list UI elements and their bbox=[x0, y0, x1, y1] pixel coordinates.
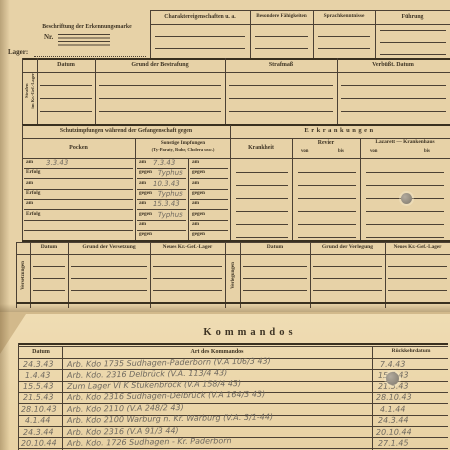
scan-edge-shadow bbox=[0, 0, 10, 450]
rule-line bbox=[99, 98, 221, 99]
rule-line bbox=[341, 111, 446, 112]
rule-line bbox=[188, 158, 189, 240]
rule-line bbox=[22, 125, 23, 240]
rule-line bbox=[153, 266, 222, 267]
traits-col-conduct: Führung bbox=[377, 14, 448, 20]
impf-r4-c2-label: gegen bbox=[139, 191, 152, 197]
rule-line bbox=[341, 98, 446, 99]
rule-line bbox=[71, 290, 147, 291]
strafen-col-verbuesst: Verbüßt. Datum bbox=[339, 62, 447, 68]
rule-line bbox=[40, 111, 92, 112]
strafen-col-strafmass: Strafmaß bbox=[227, 62, 335, 68]
rule-line bbox=[230, 125, 231, 240]
impf-r6-c1-label: Erfolg bbox=[26, 212, 40, 218]
rule-line bbox=[388, 278, 447, 279]
impf-r4-c1-label: Erfolg bbox=[26, 191, 40, 197]
impfungen-col-pocken: Pocken bbox=[24, 145, 133, 151]
rule-line bbox=[24, 189, 133, 190]
rule-line bbox=[337, 58, 338, 124]
rule-line bbox=[313, 278, 382, 279]
kdo-r5-datum: 28.10.43 bbox=[21, 405, 57, 414]
rule-line bbox=[372, 346, 373, 450]
revier-von-label: von bbox=[301, 149, 308, 154]
traits-col-languages: Sprachkenntnisse bbox=[315, 14, 373, 20]
rule-line bbox=[229, 98, 333, 99]
rule-line bbox=[22, 72, 450, 73]
impf-r2-c2-label: gegen bbox=[139, 170, 152, 176]
rule-line bbox=[225, 58, 226, 124]
impf-r5-c1-label: am bbox=[26, 201, 33, 207]
punch-hole-lower bbox=[386, 372, 399, 385]
rule-line bbox=[298, 185, 356, 186]
rule-line bbox=[236, 237, 288, 238]
rule-line bbox=[298, 172, 356, 173]
rule-line bbox=[37, 58, 38, 124]
rule-line bbox=[298, 211, 356, 212]
rule-line bbox=[155, 48, 245, 49]
rule-line bbox=[150, 242, 151, 308]
impfungen-col-sonstige-line1: Sonstige Impfungen bbox=[137, 141, 229, 146]
rule-line bbox=[380, 30, 446, 31]
impf-r2-c3-label: gegen bbox=[192, 170, 205, 176]
rule-line bbox=[236, 198, 288, 199]
impf-r8-c2-label: gegen bbox=[139, 232, 152, 238]
erkrankungen-col-lazarett: Lazarett — Krankenhaus bbox=[362, 140, 448, 146]
verlegungen-col-datum: Datum bbox=[242, 245, 308, 251]
rule-line bbox=[360, 138, 361, 240]
rule-line bbox=[229, 111, 333, 112]
rule-line bbox=[292, 138, 293, 240]
impf-r2-c2-value: Typhus bbox=[158, 170, 183, 177]
impf-r1-c2-label: am bbox=[139, 160, 146, 166]
rule-line bbox=[243, 278, 307, 279]
impf-r1-c1-value: 3.3.43 bbox=[46, 160, 68, 167]
id-number-ruled-lines bbox=[58, 34, 110, 46]
rule-line bbox=[310, 242, 311, 308]
rule-line bbox=[18, 346, 448, 347]
strafen-side-label-line2: im Kr.-Gef.-Lager bbox=[30, 73, 36, 109]
rule-line bbox=[243, 290, 307, 291]
lazarett-von-label: von bbox=[370, 149, 377, 154]
impf-r6-c2-label: gegen bbox=[139, 212, 152, 218]
rule-line bbox=[366, 172, 444, 173]
rule-line bbox=[40, 98, 92, 99]
impf-r1-c3-label: am bbox=[192, 160, 199, 166]
rule-line bbox=[298, 198, 356, 199]
rule-line bbox=[380, 54, 446, 55]
rule-line bbox=[388, 266, 447, 267]
impf-r4-c2-value: Typhus bbox=[158, 191, 183, 198]
rule-line bbox=[22, 124, 450, 126]
rule-line bbox=[255, 36, 308, 37]
rule-line bbox=[150, 10, 450, 11]
rule-line bbox=[190, 178, 228, 179]
id-number-label: Nr. bbox=[44, 34, 53, 41]
rule-line bbox=[375, 10, 376, 58]
erkrankungen-col-krankheit: Krankheit bbox=[232, 145, 290, 151]
impf-r6-c2-value: Typhus bbox=[158, 212, 183, 219]
kommandos-col-art: Art des Kommandos bbox=[64, 349, 370, 355]
rule-line bbox=[229, 85, 333, 86]
kdo-r8-datum: 20.10.44 bbox=[21, 439, 57, 448]
kdo-r7-datum: 24.3.44 bbox=[23, 428, 54, 437]
impf-r2-c1-label: Erfolg bbox=[26, 170, 40, 176]
kdo-r5-rueckkehr: 4.1.44 bbox=[380, 406, 406, 414]
impf-r1-c1-label: am bbox=[26, 160, 33, 166]
impf-r3-c2-value: 10.3.43 bbox=[153, 181, 180, 188]
traits-col-character: Charaktereigenschaften u. a. bbox=[152, 14, 248, 20]
kdo-r2-datum: 1.4.43 bbox=[25, 372, 51, 380]
rule-line bbox=[24, 178, 133, 179]
kdo-r6-datum: 4.1.44 bbox=[25, 417, 51, 425]
rule-line bbox=[236, 172, 288, 173]
kdo-r1-rueckkehr: 7.4.43 bbox=[380, 361, 406, 369]
lazarett-bis-label: bis bbox=[424, 149, 430, 154]
rule-line bbox=[40, 85, 92, 86]
kdo-r3-datum: 15.5.43 bbox=[23, 382, 54, 391]
rule-line bbox=[135, 138, 136, 240]
impf-r7-c2-label: am bbox=[139, 222, 146, 228]
versetzungen-col-grund: Grund der Versetzung bbox=[70, 245, 148, 251]
versetzungen-col-datum: Datum bbox=[32, 245, 66, 251]
impf-r4-c3-label: gegen bbox=[192, 191, 205, 197]
rule-line bbox=[33, 278, 65, 279]
verlegungen-side-label: Verlegungen bbox=[226, 242, 240, 308]
rule-line bbox=[18, 343, 448, 345]
rule-line bbox=[33, 290, 65, 291]
impf-r8-c3-label: gegen bbox=[192, 232, 205, 238]
kommandos-col-datum: Datum bbox=[20, 349, 62, 355]
strafen-col-datum: Datum bbox=[39, 62, 93, 68]
traits-col-abilities: Besondere Fähigkeiten bbox=[252, 14, 311, 19]
rule-line bbox=[255, 48, 308, 49]
rule-line bbox=[298, 237, 356, 238]
versetzungen-side-label: Versetzungen bbox=[16, 242, 30, 308]
rule-line bbox=[298, 224, 356, 225]
rule-line bbox=[380, 42, 446, 43]
rule-line bbox=[62, 346, 63, 450]
impf-r1-c2-value: 7.3.43 bbox=[153, 160, 175, 167]
rule-line bbox=[33, 266, 65, 267]
rule-line bbox=[318, 36, 370, 37]
rule-line bbox=[150, 24, 450, 25]
kdo-r4-datum: 21.5.43 bbox=[23, 393, 54, 402]
rule-line bbox=[68, 242, 69, 308]
impf-r5-c3-label: am bbox=[192, 201, 199, 207]
verlegungen-col-neues: Neues Kr.-Gef.-Lager bbox=[387, 245, 448, 250]
rule-line bbox=[318, 48, 370, 49]
impf-r3-c3-label: am bbox=[192, 181, 199, 187]
rule-line bbox=[24, 230, 133, 231]
rule-line bbox=[341, 85, 446, 86]
pow-record-card-scan: Beschriftung der Erkennungsmarke Nr. Lag… bbox=[0, 0, 450, 450]
rule-line bbox=[388, 290, 447, 291]
rule-line bbox=[153, 290, 222, 291]
rule-line bbox=[99, 111, 221, 112]
rule-line bbox=[155, 36, 245, 37]
rule-line bbox=[230, 158, 450, 159]
impf-r6-c3-label: gegen bbox=[192, 212, 205, 218]
rule-line bbox=[24, 220, 133, 221]
kdo-r7-rueckkehr: 20.10.44 bbox=[376, 428, 412, 437]
rule-line bbox=[250, 10, 251, 58]
strafen-side-label: Strafen im Kr.-Gef.-Lager bbox=[22, 58, 37, 124]
rule-line bbox=[24, 199, 133, 200]
rule-line bbox=[153, 278, 222, 279]
verlegungen-col-grund: Grund der Verlegung bbox=[312, 245, 383, 251]
impfungen-col-sonstige-line2: (Ty-Paraty, Ruhr, Cholera usw.) bbox=[137, 148, 229, 153]
impf-r3-c1-label: am bbox=[26, 181, 33, 187]
strafen-side-label-line1: Strafen bbox=[24, 73, 30, 109]
rule-line bbox=[22, 138, 230, 139]
lager-blank-line bbox=[34, 56, 146, 57]
impf-r7-c3-label: am bbox=[192, 222, 199, 228]
rule-line bbox=[236, 224, 288, 225]
rule-line bbox=[22, 58, 450, 60]
kdo-r4-rueckkehr: 28.10.43 bbox=[376, 393, 412, 402]
rule-line bbox=[24, 168, 133, 169]
punch-hole-upper bbox=[401, 193, 412, 204]
rule-line bbox=[236, 185, 288, 186]
rule-line bbox=[18, 448, 448, 449]
rule-line bbox=[366, 211, 444, 212]
rule-line bbox=[95, 58, 96, 124]
id-box-title: Beschriftung der Erkennungsmarke bbox=[28, 24, 146, 30]
rule-line bbox=[313, 290, 382, 291]
rule-line bbox=[190, 209, 228, 210]
erkrankungen-col-revier: Revier bbox=[294, 140, 358, 146]
strafen-col-grund: Grund der Bestrafung bbox=[97, 62, 223, 68]
kdo-r8-rueckkehr: 27.1.45 bbox=[378, 439, 409, 448]
rule-line bbox=[366, 237, 444, 238]
rule-line bbox=[30, 242, 31, 308]
rule-line bbox=[18, 343, 19, 450]
rule-line bbox=[150, 10, 151, 58]
rule-line bbox=[236, 211, 288, 212]
rule-line bbox=[99, 85, 221, 86]
rule-line bbox=[240, 242, 241, 308]
kdo-r1-datum: 24.3.43 bbox=[23, 360, 54, 369]
impf-r5-c2-label: am bbox=[139, 201, 146, 207]
erkrankungen-title: Erkrankungen bbox=[240, 128, 440, 135]
versetzungen-col-neues: Neues Kr.-Gef.-Lager bbox=[152, 245, 223, 251]
rule-line bbox=[366, 185, 444, 186]
rule-line bbox=[24, 209, 133, 210]
kommandos-col-rueckkehr: Rückkehrdatum bbox=[374, 349, 448, 355]
lager-label: Lager: bbox=[8, 49, 28, 56]
impf-r3-c2-label: am bbox=[139, 181, 146, 187]
rule-line bbox=[385, 242, 386, 308]
impf-r5-c2-value: 15.3.43 bbox=[153, 201, 180, 208]
rule-line bbox=[366, 224, 444, 225]
revier-bis-label: bis bbox=[338, 149, 344, 154]
rule-line bbox=[313, 266, 382, 267]
rule-line bbox=[313, 10, 314, 58]
impfungen-title: Schutzimpfungen während der Gefangenscha… bbox=[24, 128, 228, 134]
rule-line bbox=[243, 266, 307, 267]
kommandos-title: Kommandos bbox=[125, 327, 375, 338]
kdo-r6-rueckkehr: 24.3.44 bbox=[378, 416, 409, 425]
rule-line bbox=[71, 266, 147, 267]
rule-line bbox=[71, 278, 147, 279]
